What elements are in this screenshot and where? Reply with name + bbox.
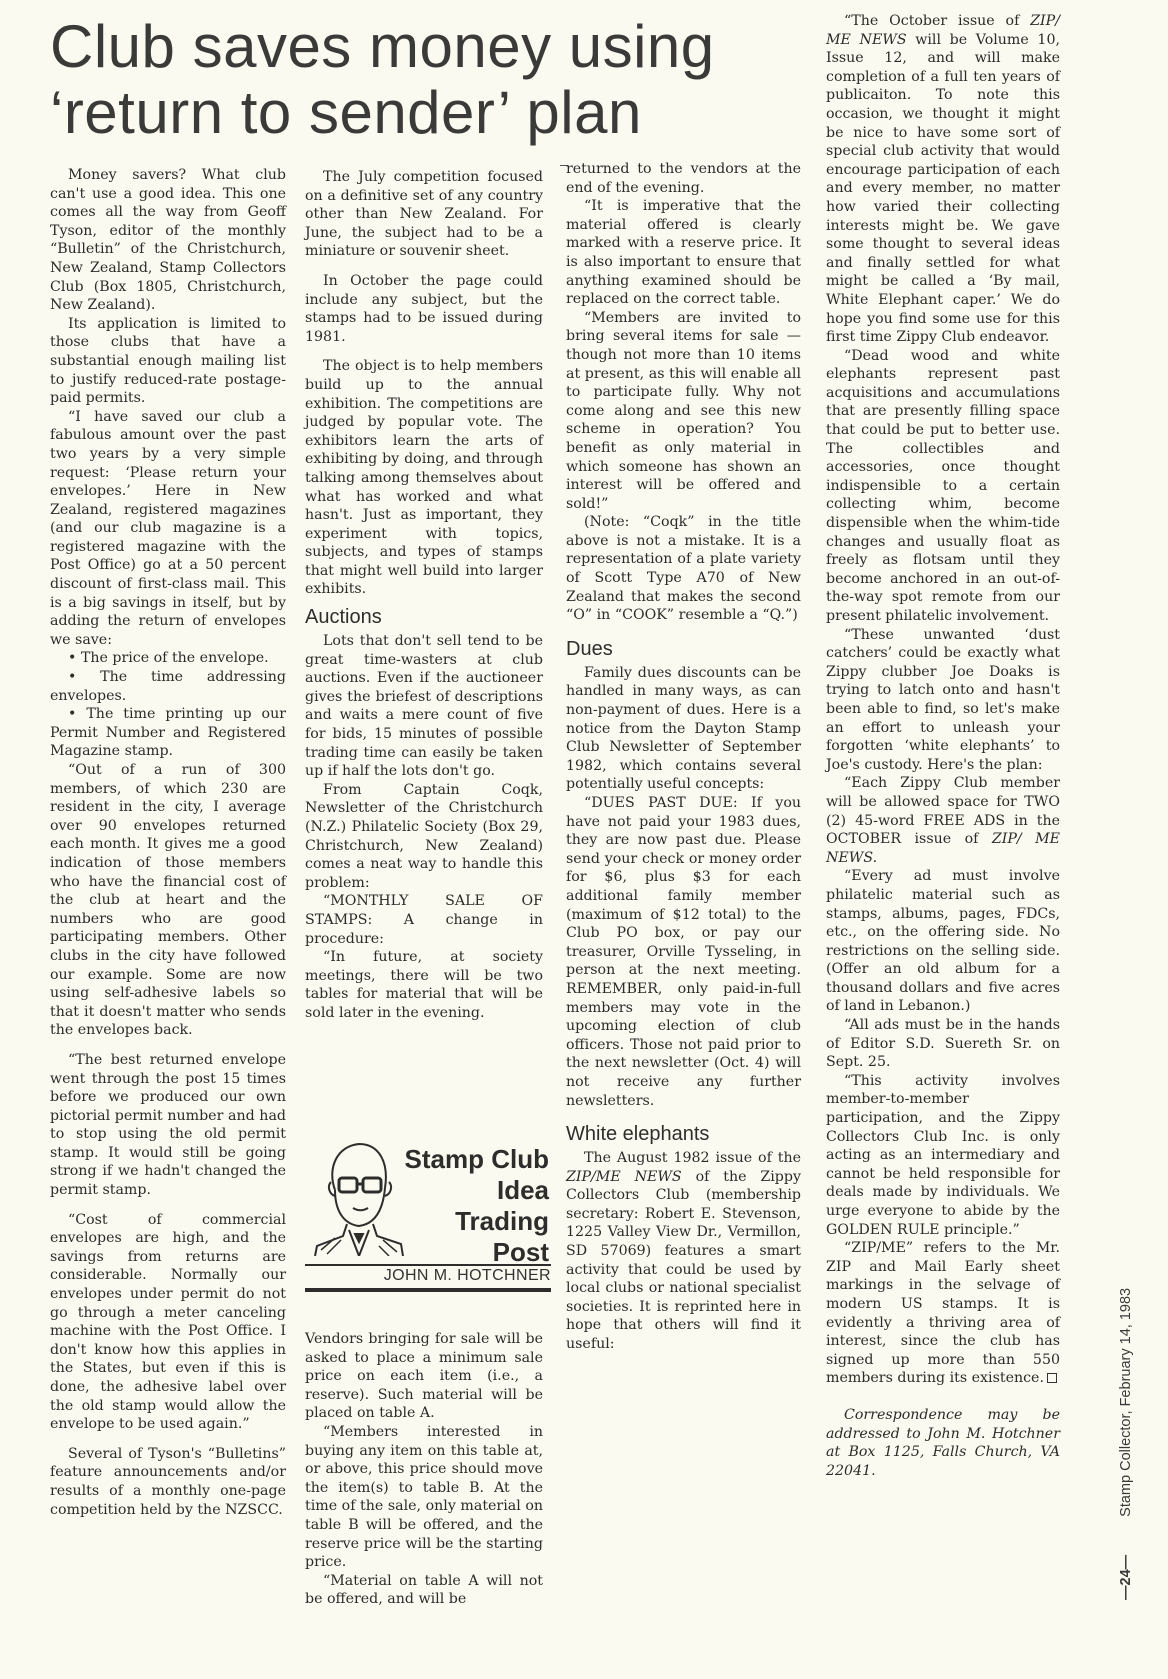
paragraph: “These unwanted ‘dust catchers’ could be…	[826, 626, 1060, 775]
paragraph: “Each Zippy Club member will be allowed …	[826, 774, 1060, 867]
headline-line-2: ‘return to sender’ plan	[50, 80, 780, 146]
paragraph: “Out of a run of 300 members, of which 2…	[50, 761, 286, 1040]
author-portrait-icon	[313, 1138, 405, 1256]
paragraph: Money savers? What club can't use a good…	[50, 166, 286, 315]
column-logo: Stamp Club Idea Trading Post JOHN M. HOT…	[305, 1138, 551, 1312]
divider	[305, 1288, 551, 1292]
paragraph: “In future, at society meetings, there w…	[305, 948, 543, 1022]
paragraph: “Members are invited to bring several it…	[566, 309, 801, 514]
text: of the Zippy Collectors Club (membership…	[566, 1169, 801, 1352]
byline: JOHN M. HOTCHNER	[384, 1267, 551, 1285]
paragraph: “The October issue of ZIP/ ME NEWS will …	[826, 12, 1060, 347]
paragraph: “Material on table A will not be offered…	[305, 1572, 543, 1609]
paragraph: “All ads must be in the hands of Editor …	[826, 1016, 1060, 1072]
column-title-line: Idea	[405, 1175, 549, 1206]
paragraph: “The best returned envelope went through…	[50, 1051, 286, 1200]
text: “The October issue of	[844, 13, 1030, 29]
end-mark-icon	[1047, 1373, 1057, 1383]
headline-line-1: Club saves money using	[50, 14, 780, 80]
divider	[305, 1264, 551, 1266]
text: “ZIP/ME” refers to the Mr. ZIP and Mail …	[826, 1240, 1060, 1386]
section-heading-white-elephants: White elephants	[566, 1122, 801, 1146]
paragraph: returned to the vendors at the end of th…	[566, 160, 801, 197]
column-title: Stamp Club Idea Trading Post	[405, 1144, 549, 1268]
paragraph: Its application is limited to those club…	[50, 315, 286, 408]
column-3: returned to the vendors at the end of th…	[566, 160, 801, 1354]
paragraph: “I have saved our club a fabulous amount…	[50, 408, 286, 650]
bullet-item: • The time printing up our Permit Number…	[50, 705, 286, 761]
correspondence-note: Correspondence may be addressed to John …	[826, 1406, 1060, 1480]
paragraph: “ZIP/ME” refers to the Mr. ZIP and Mail …	[826, 1239, 1060, 1388]
paragraph: “Cost of commercial envelopes are high, …	[50, 1211, 286, 1434]
paragraph: Lots that don't sell tend to be great ti…	[305, 632, 543, 781]
paragraph: “It is imperative that the material offe…	[566, 197, 801, 309]
paragraph: The August 1982 issue of the ZIP/ME NEWS…	[566, 1149, 801, 1354]
paragraph: “Dead wood and white elephants represent…	[826, 347, 1060, 626]
paragraph: Vendors bringing for sale will be asked …	[305, 1330, 543, 1423]
column-2-continued: Vendors bringing for sale will be asked …	[305, 1330, 543, 1609]
paragraph: “DUES PAST DUE: If you have not paid you…	[566, 794, 801, 1110]
section-heading-dues: Dues	[566, 637, 801, 661]
bullet-item: • The time addressing envelopes.	[50, 668, 286, 705]
column-title-line: Trading	[405, 1206, 549, 1237]
paragraph: (Note: “Coqk” in the title above is not …	[566, 513, 801, 625]
paragraph: “Every ad must involve philatelic materi…	[826, 867, 1060, 1016]
paragraph: From Captain Coqk, Newsletter of the Chr…	[305, 781, 543, 893]
column-1: Money savers? What club can't use a good…	[50, 166, 286, 1519]
headline: Club saves money using ‘return to sender…	[50, 14, 780, 146]
publication-credit: Stamp Collector, February 14, 1983	[1118, 1288, 1134, 1517]
paragraph: “This activity involves member-to-member…	[826, 1072, 1060, 1239]
bullet-item: • The price of the envelope.	[50, 649, 286, 668]
column-title-line: Stamp Club	[405, 1144, 549, 1175]
column-4: “The October issue of ZIP/ ME NEWS will …	[826, 12, 1060, 1480]
paragraph: “Members interested in buying any item o…	[305, 1423, 543, 1572]
paragraph: The object is to help members build up t…	[305, 357, 543, 599]
page-footer: —24— Stamp Collector, February 14, 1983	[1118, 1180, 1134, 1600]
column-2: The July competition focused on a defini…	[305, 168, 543, 1023]
paragraph: Family dues discounts can be handled in …	[566, 664, 801, 794]
text: The August 1982 issue of the	[584, 1150, 801, 1166]
section-heading-auctions: Auctions	[305, 605, 543, 629]
paragraph: The July competition focused on a defini…	[305, 168, 543, 261]
paragraph: “MONTHLY SALE OF STAMPS: A change in pro…	[305, 892, 543, 948]
page-number: —24—	[1118, 1555, 1134, 1600]
paragraph: Several of Tyson's “Bulletins” feature a…	[50, 1445, 286, 1519]
publication-name: ZIP/ME NEWS	[566, 1169, 682, 1185]
paragraph: In October the page could include any su…	[305, 272, 543, 346]
text: will be Volume 10, Issue 12, and will ma…	[826, 32, 1060, 346]
